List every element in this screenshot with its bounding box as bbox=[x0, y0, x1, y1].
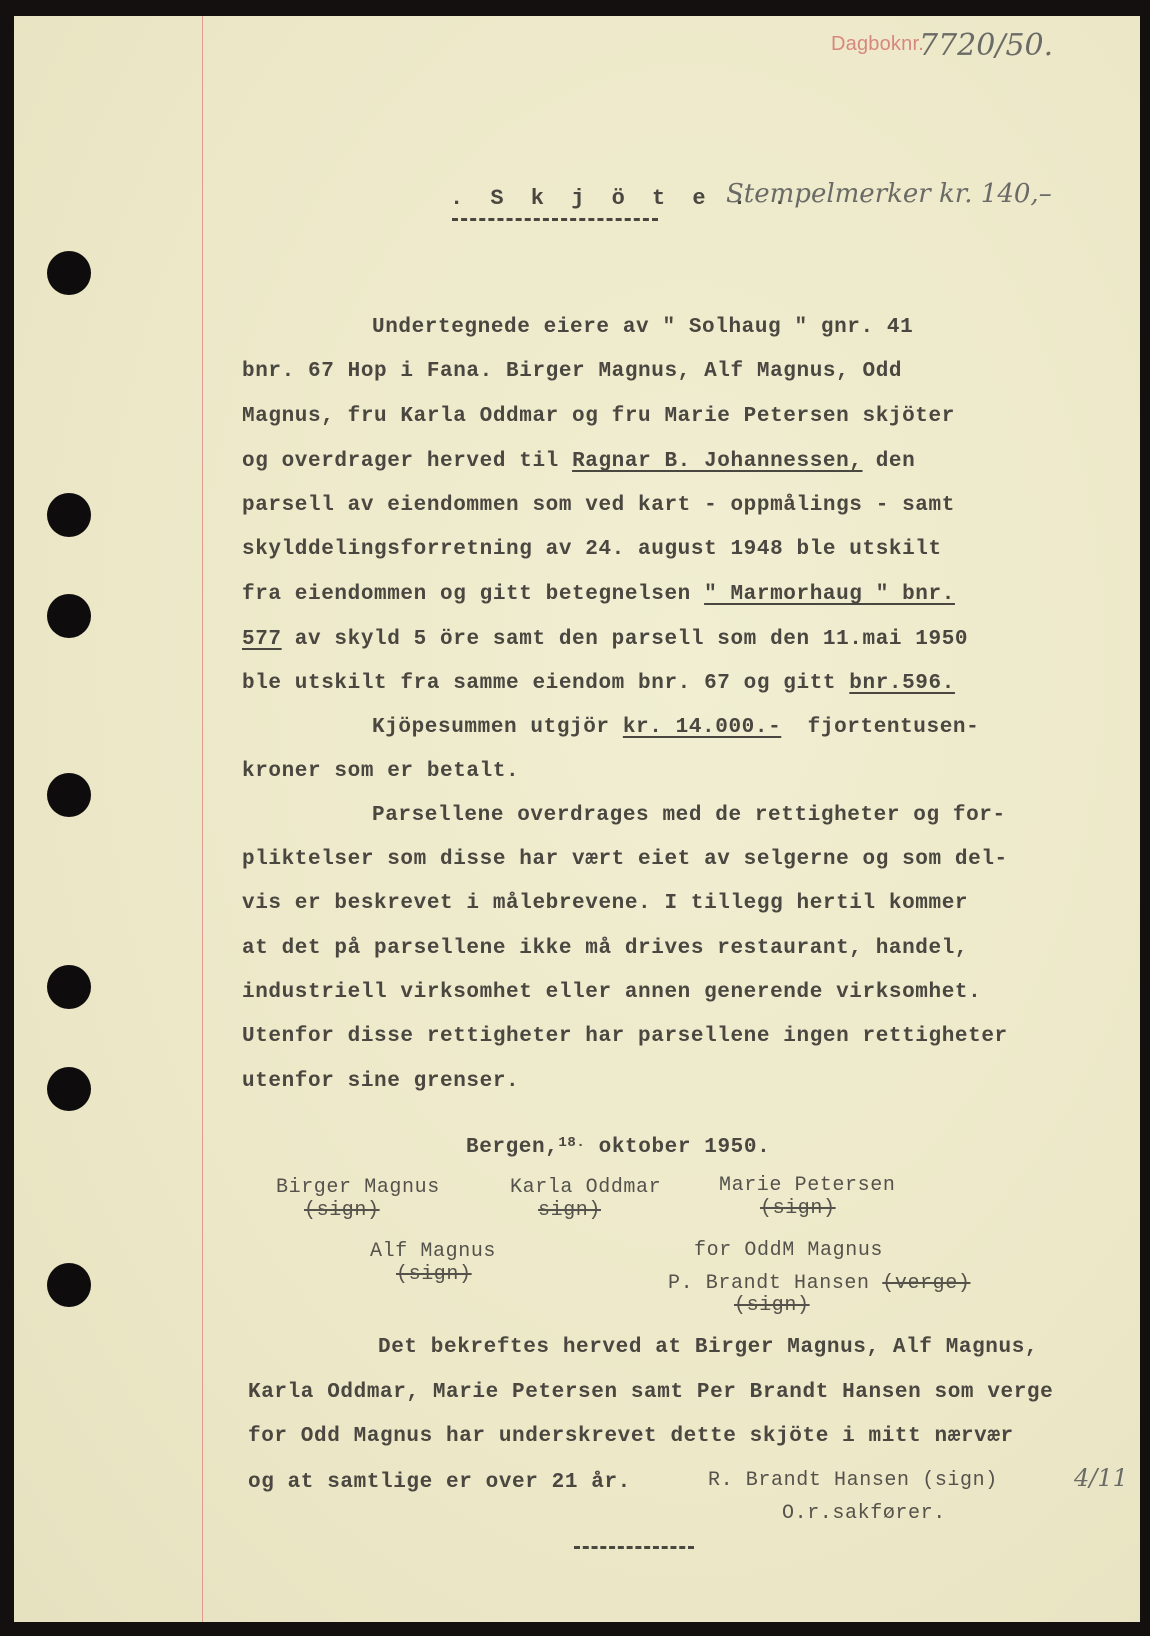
margin-note: 4/11 bbox=[1074, 1464, 1128, 1492]
body-line: bnr. 67 Hop i Fana. Birger Magnus, Alf M… bbox=[242, 360, 902, 383]
body-line: Parsellene overdrages med de rettigheter… bbox=[372, 804, 1006, 827]
body-text: fra eiendommen og gitt betegnelsen bbox=[242, 583, 704, 606]
body-line: kroner som er betalt. bbox=[242, 760, 519, 783]
signatory-prefix: for OddM Magnus bbox=[694, 1239, 883, 1262]
body-line: parsell av eiendommen som ved kart - opp… bbox=[242, 494, 955, 517]
body-line: Undertegnede eiere av " Solhaug " gnr. 4… bbox=[372, 316, 913, 339]
stamp-duty-note: Stempelmerker kr. 140,– bbox=[726, 179, 1052, 209]
journal-number: 7720/50. bbox=[919, 28, 1053, 63]
signature-mark-text: sign) bbox=[538, 1199, 601, 1222]
signature-mark: (sign) bbox=[734, 1294, 810, 1317]
second-parcel-number: bnr.596. bbox=[849, 672, 955, 695]
attestation-line: og at samtlige er over 21 år. bbox=[248, 1471, 631, 1494]
signature-mark: (sign) bbox=[396, 1263, 472, 1286]
body-line: at det på parsellene ikke må drives rest… bbox=[242, 937, 968, 960]
punch-hole-icon bbox=[47, 493, 91, 537]
journal-stamp-label: Dagboknr. bbox=[831, 33, 924, 56]
body-line: fra eiendommen og gitt betegnelsen " Mar… bbox=[242, 583, 955, 606]
purchase-amount: kr. 14.000.- bbox=[623, 716, 781, 739]
signatory-name: Birger Magnus bbox=[276, 1176, 440, 1199]
body-line: 577 av skyld 5 öre samt den parsell som … bbox=[242, 628, 968, 651]
body-text: av skyld 5 öre samt den parsell som den … bbox=[282, 628, 969, 651]
body-text: den bbox=[863, 450, 916, 473]
closing-rule bbox=[574, 1546, 694, 1549]
signatory-name: P. Brandt Hansen (verge) bbox=[668, 1272, 970, 1295]
body-line: Kjöpesummen utgjör kr. 14.000.- fjortent… bbox=[372, 716, 979, 739]
guardian-name: P. Brandt Hansen bbox=[668, 1272, 870, 1295]
signature-mark: (sign) bbox=[304, 1199, 380, 1222]
signatory-name: Alf Magnus bbox=[370, 1240, 496, 1263]
attesting-signer-title: O.r.sakfører. bbox=[782, 1502, 946, 1525]
attestation-line: Det bekreftes herved at Birger Magnus, A… bbox=[378, 1336, 1038, 1359]
title-underline bbox=[452, 218, 658, 221]
body-text: ble utskilt fra samme eiendom bnr. 67 og… bbox=[242, 672, 849, 695]
body-line: pliktelser som disse har vært eiet av se… bbox=[242, 848, 1008, 871]
signatory-name: Karla Oddmar bbox=[510, 1176, 661, 1199]
guardian-role: (verge) bbox=[882, 1272, 970, 1295]
signature-mark: (sign) bbox=[760, 1197, 836, 1220]
attestation-line: Karla Oddmar, Marie Petersen samt Per Br… bbox=[248, 1381, 1053, 1404]
parcel-name: " Marmorhaug " bnr. bbox=[704, 583, 955, 606]
body-line: og overdrager herved til Ragnar B. Johan… bbox=[242, 450, 915, 473]
body-line: industriell virksomhet eller annen gener… bbox=[242, 981, 981, 1004]
body-text: og overdrager herved til bbox=[242, 450, 572, 473]
signature-mark: sign) bbox=[538, 1199, 601, 1222]
date-rest: oktober 1950. bbox=[585, 1136, 770, 1159]
signatory-name: Marie Petersen bbox=[719, 1174, 895, 1197]
body-line: Magnus, fru Karla Oddmar og fru Marie Pe… bbox=[242, 405, 955, 428]
buyer-name: Ragnar B. Johannessen, bbox=[572, 450, 862, 473]
body-line: ble utskilt fra samme eiendom bnr. 67 og… bbox=[242, 672, 955, 695]
body-text: fjortentusen- bbox=[781, 716, 979, 739]
body-line: Utenfor disse rettigheter har parsellene… bbox=[242, 1025, 1008, 1048]
attestation-line: for Odd Magnus har underskrevet dette sk… bbox=[248, 1425, 1014, 1448]
punch-hole-icon bbox=[47, 965, 91, 1009]
punch-hole-icon bbox=[47, 1263, 91, 1307]
parcel-number: 577 bbox=[242, 628, 282, 651]
day: 18. bbox=[558, 1135, 585, 1151]
attesting-signer: R. Brandt Hansen (sign) bbox=[708, 1469, 998, 1492]
body-line: utenfor sine grenser. bbox=[242, 1070, 519, 1093]
margin-rule bbox=[202, 16, 203, 1622]
punch-hole-icon bbox=[47, 594, 91, 638]
place-date: Bergen,18. oktober 1950. bbox=[466, 1135, 770, 1159]
document-page: Dagboknr. 7720/50. . S k j ö t e . . Ste… bbox=[14, 16, 1140, 1622]
punch-hole-icon bbox=[47, 773, 91, 817]
body-line: skylddelingsforretning av 24. august 194… bbox=[242, 538, 942, 561]
body-line: vis er beskrevet i målebrevene. I tilleg… bbox=[242, 892, 968, 915]
body-text: Kjöpesummen utgjör bbox=[372, 716, 623, 739]
punch-hole-icon bbox=[47, 1067, 91, 1111]
punch-hole-icon bbox=[47, 251, 91, 295]
place: Bergen, bbox=[466, 1136, 558, 1159]
